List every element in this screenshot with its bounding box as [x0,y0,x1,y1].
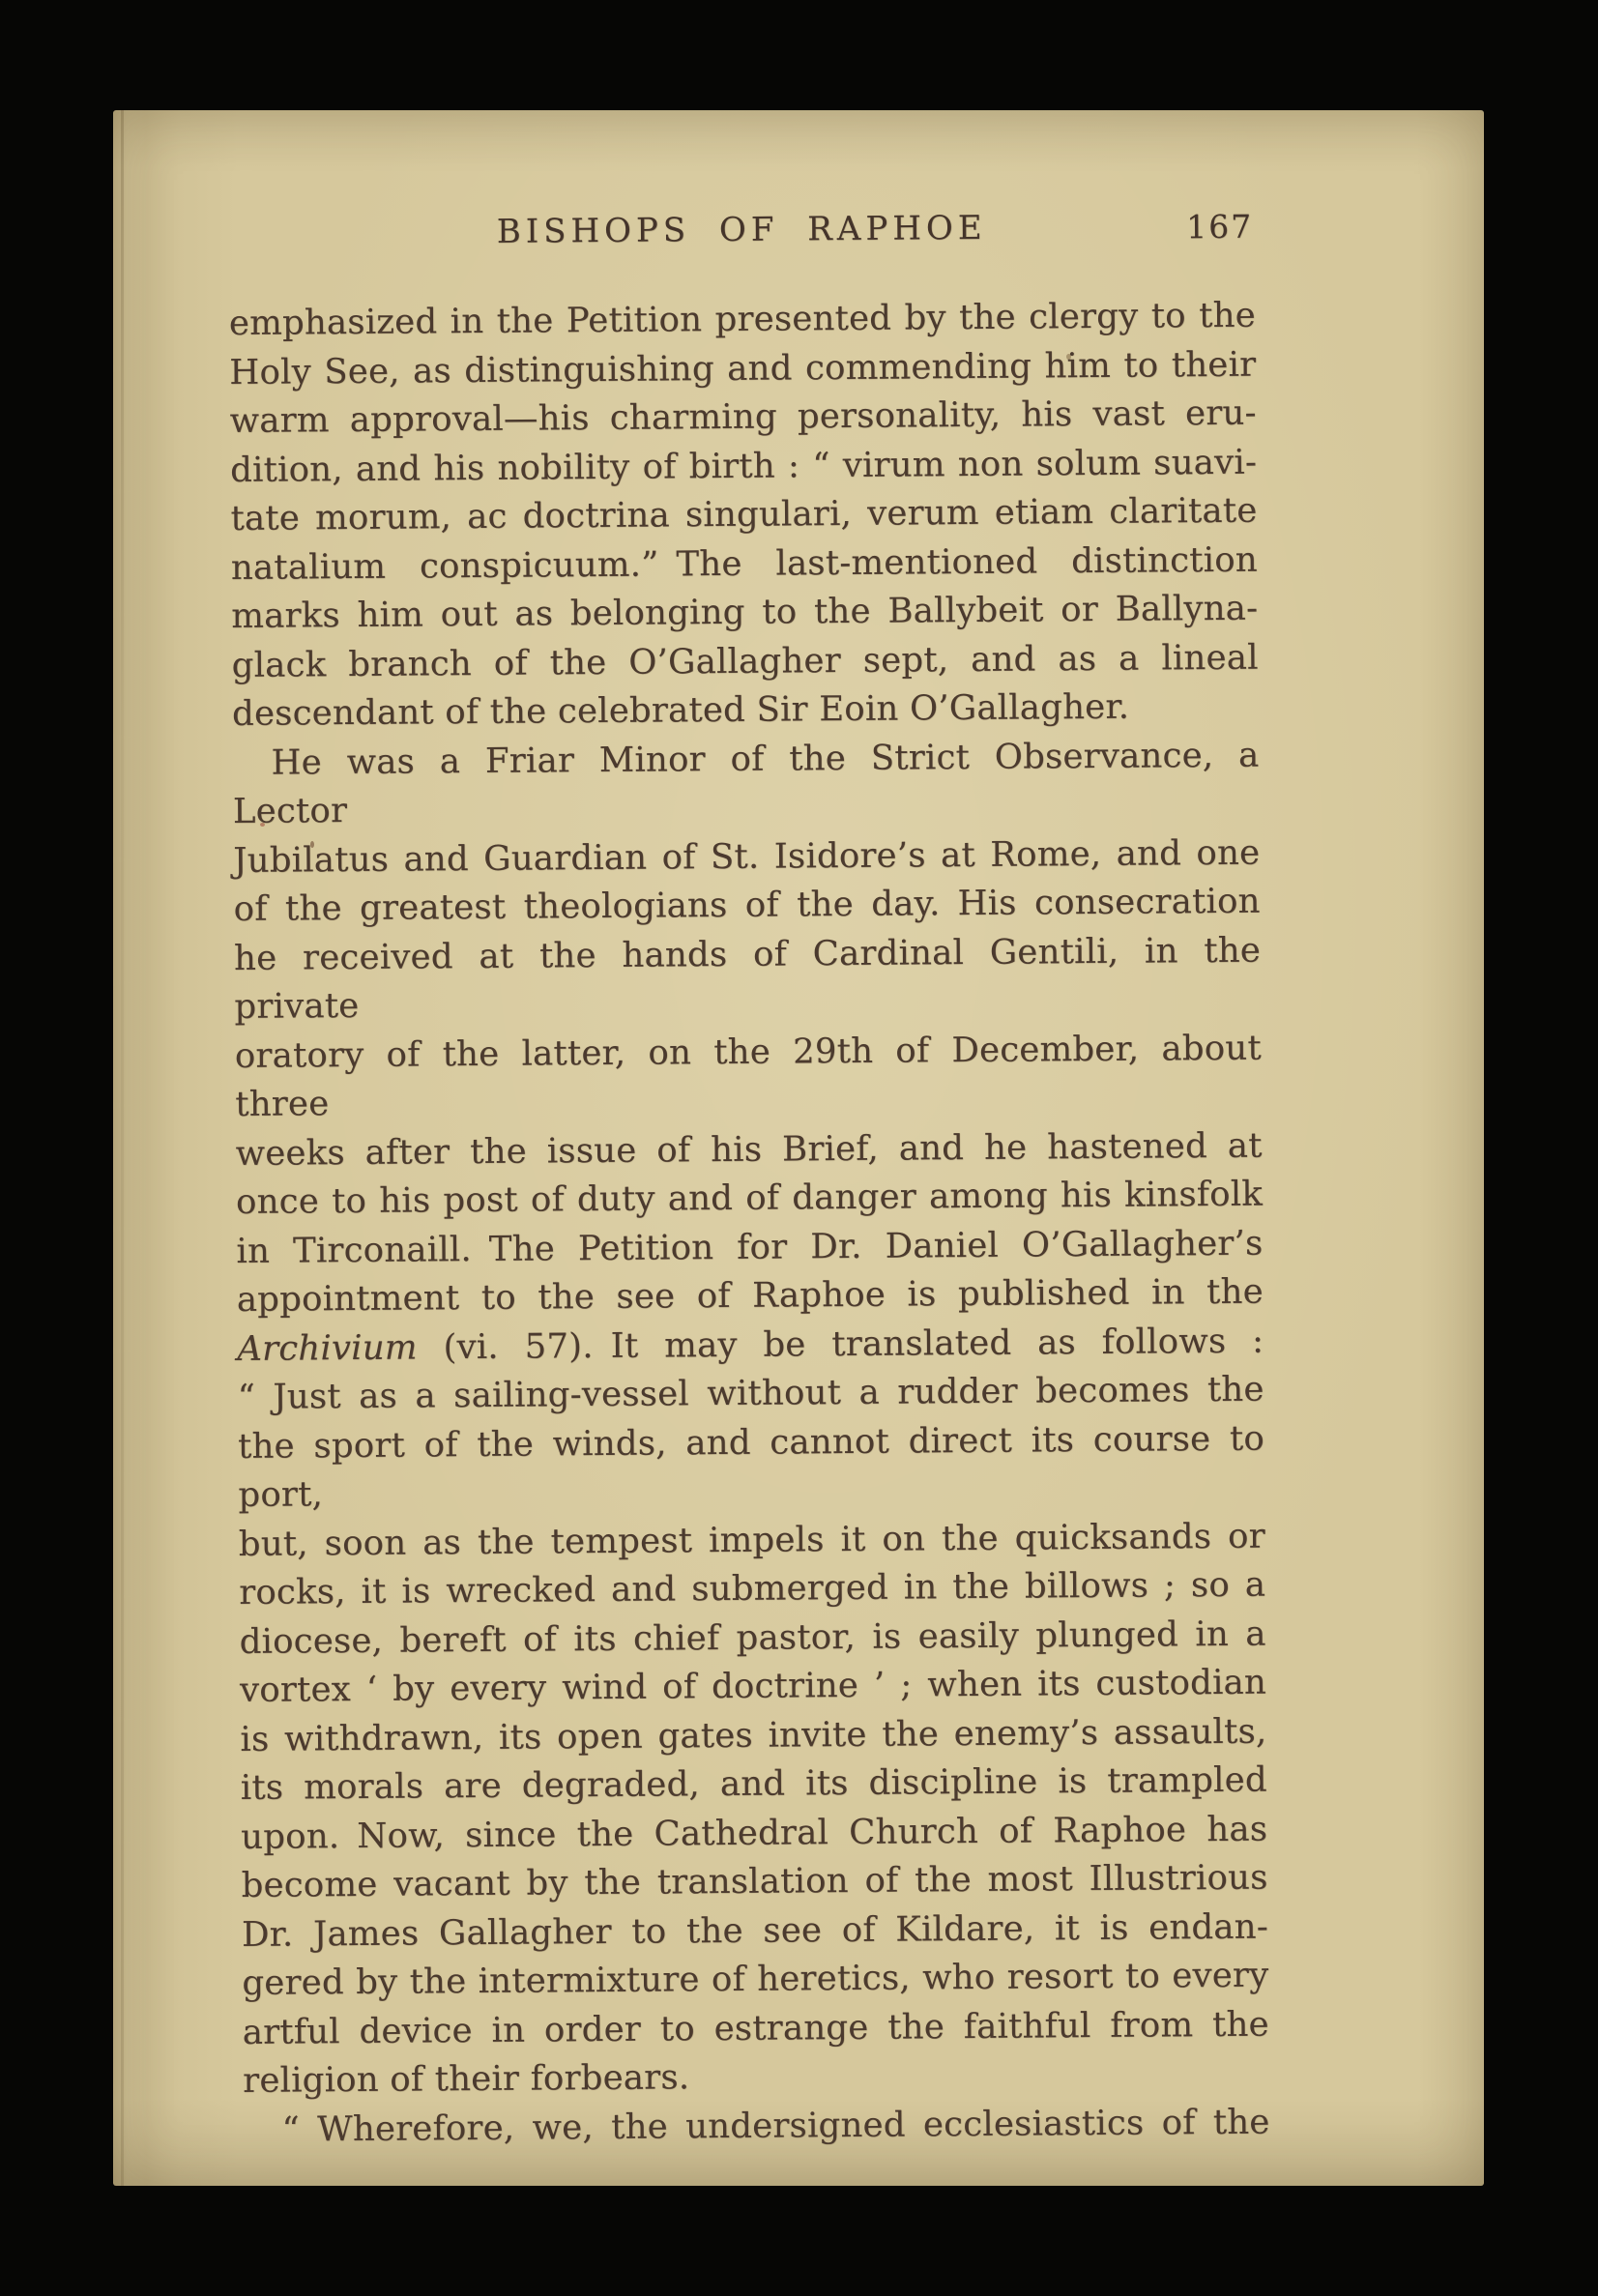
text-line: become vacant by the translation of the … [241,1854,1267,1911]
text-line: warm approval—his charming personality, … [230,390,1257,447]
text-line: he received at the hands of Cardinal Gen… [234,926,1262,1032]
text-line: appointment to the see of Raphoe is publ… [237,1268,1264,1325]
paragraph: “ Wherefore, we, the undersigned ecclesi… [243,2098,1269,2155]
page-content: BISHOPS OF RAPHOE 167 emphasized in the … [228,203,1270,2155]
text-line: “ Wherefore, we, the undersigned ecclesi… [243,2098,1269,2155]
text-line: artful device in order to estrange the f… [243,2000,1269,2057]
running-title: BISHOPS OF RAPHOE [228,207,1255,253]
text-line: weeks after the issue of his Brief, and … [235,1121,1262,1178]
text-line: of the greatest theologians of the day. … [233,878,1260,935]
text-line: dition, and his nobility of birth : “ vi… [230,438,1257,495]
text-line: rocks, it is wrecked and submerged in th… [239,1561,1265,1618]
text-line: “ Just as a sailing-vessel without a rud… [237,1366,1264,1423]
paragraph: He was a Friar Minor of the Strict Obser… [232,731,1269,2106]
text-line: is withdrawn, its open gates invite the … [240,1707,1266,1764]
text-line: marks him out as belonging to the Ballyb… [231,585,1258,642]
text-line: Archivium (vi. 57). It may be translated… [237,1317,1264,1374]
text-line: diocese, bereft of its chief pastor, is … [239,1610,1265,1667]
text-line: religion of their forbears. [243,2049,1269,2107]
text-line: upon. Now, since the Cathedral Church of… [241,1805,1267,1862]
text-line: natalium conspicuum.” The last-mentioned… [231,536,1258,593]
text-line: Holy See, as distinguishing and commendi… [229,340,1256,397]
text-line: vortex ‘ by every wind of doctrine ’ ; w… [240,1659,1266,1716]
text-line: Jubilatus and Guardian of St. Isidore’s … [233,828,1260,886]
page-gutter-edge [121,110,124,2186]
paragraph: emphasized in the Petition presented by … [229,292,1260,740]
page-header: BISHOPS OF RAPHOE 167 [228,207,1255,257]
text-line: glack branch of the O’Gallagher sept, an… [231,633,1258,690]
text-line: descendant of the celebrated Sir Eoin O’… [232,683,1259,740]
book-page: BISHOPS OF RAPHOE 167 emphasized in the … [113,110,1484,2186]
text-line: once to his post of duty and of danger a… [236,1171,1263,1228]
text-line: oratory of the latter, on the 29th of De… [235,1024,1263,1129]
page-number: 167 [1186,208,1253,247]
text-line: He was a Friar Minor of the Strict Obser… [232,731,1260,836]
text-line: but, soon as the tempest impels it on th… [239,1512,1265,1569]
text-line: tate morum, ac doctrina singulari, verum… [230,487,1257,544]
body-text: emphasized in the Petition presented by … [229,292,1270,2155]
text-line: in Tirconaill. The Petition for Dr. Dani… [236,1219,1263,1276]
text-line: gered by the intermixture of heretics, w… [242,1952,1268,2009]
text-line: emphasized in the Petition presented by … [229,292,1256,349]
text-line: its morals are degraded, and its discipl… [241,1757,1267,1814]
text-line: the sport of the winds, and cannot direc… [238,1414,1265,1520]
text-line: Dr. James Gallagher to the see of Kildar… [242,1903,1268,1960]
